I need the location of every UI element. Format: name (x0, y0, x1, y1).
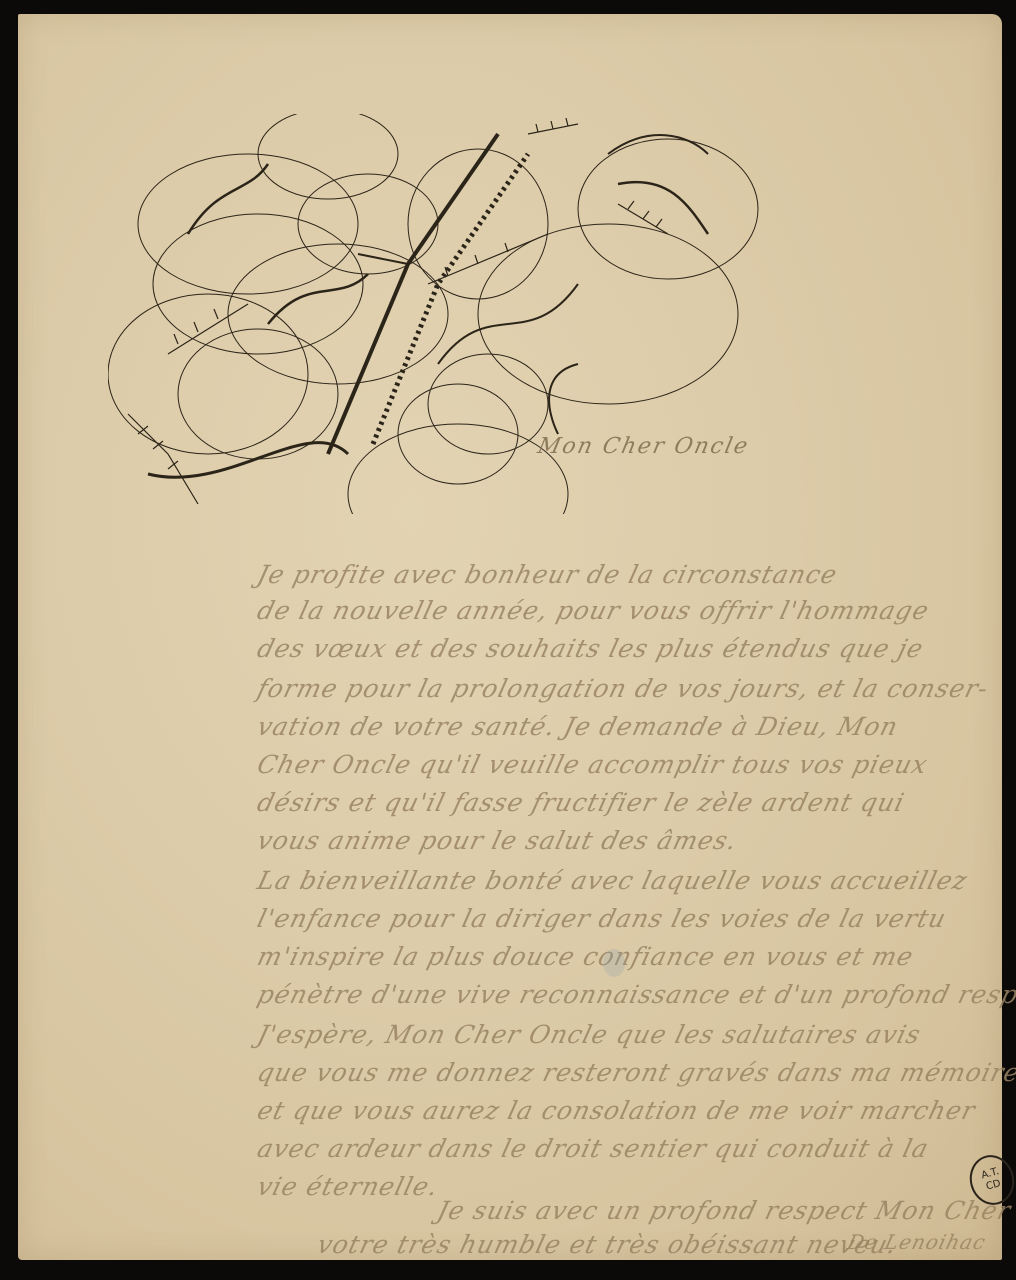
paper-stain (603, 949, 625, 977)
body-line: des vœux et des souhaits les plus étendu… (254, 634, 926, 663)
closing-line: votre très humble et très obéissant neve… (314, 1230, 900, 1259)
body-line: vie éternelle. (254, 1172, 441, 1201)
letter-body: Je profite avec bonheur de la circonstan… (18, 14, 1002, 1260)
body-line: pénètre d'une vive reconnaissance et d'u… (254, 980, 1016, 1009)
body-line: J'espère, Mon Cher Oncle que les salutai… (254, 1020, 924, 1049)
body-line: désirs et qu'il fasse fructifier le zèle… (254, 788, 907, 817)
body-line: forme pour la prolongation de vos jours,… (254, 674, 991, 703)
body-line: que vous me donnez resteront gravés dans… (254, 1058, 1016, 1087)
body-line: Je profite avec bonheur de la circonstan… (254, 560, 840, 589)
body-line: Cher Oncle qu'il veuille accomplir tous … (254, 750, 931, 779)
signature: De Lenoihac (845, 1230, 989, 1254)
body-line: et que vous aurez la consolation de me v… (254, 1096, 978, 1125)
body-line: La bienveillante bonté avec laquelle vou… (254, 866, 970, 895)
stamp-line-2: CD (985, 1178, 1002, 1193)
body-line: l'enfance pour la diriger dans les voies… (254, 904, 949, 933)
body-line: avec ardeur dans le droit sentier qui co… (254, 1134, 932, 1163)
body-line: m'inspire la plus douce confiance en vou… (254, 942, 916, 971)
body-line: vous anime pour le salut des âmes. (254, 826, 740, 855)
closing-line: Je suis avec un profond respect Mon Cher… (434, 1196, 1016, 1225)
body-line: vation de votre santé. Je demande à Dieu… (254, 712, 901, 741)
body-line: de la nouvelle année, pour vous offrir l… (254, 596, 932, 625)
letter-page: Mon Cher Oncle Je profite avec bonheur d… (18, 14, 1002, 1260)
